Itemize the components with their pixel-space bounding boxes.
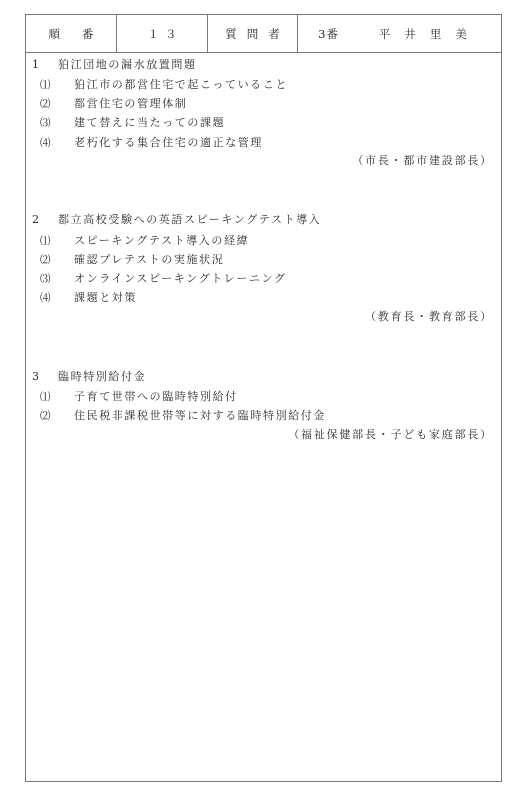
item-number: ⑴ bbox=[40, 390, 74, 404]
list-item: ⑵住民税非課税世帯等に対する臨時特別給付金 bbox=[40, 409, 326, 423]
section-title: 臨時特別給付金 bbox=[58, 370, 146, 383]
section-number: 3 bbox=[32, 370, 58, 384]
item-text: 都営住宅の管理体制 bbox=[74, 97, 187, 110]
section-title: 狛江団地の漏水放置問題 bbox=[58, 58, 197, 71]
section-number: 1 bbox=[32, 58, 58, 72]
item-text: 課題と対策 bbox=[74, 291, 137, 304]
item-text: 建て替えに当たっての課題 bbox=[74, 116, 225, 129]
item-number: ⑷ bbox=[40, 291, 74, 305]
list-item: ⑶建て替えに当たっての課題 bbox=[40, 116, 225, 130]
list-item: ⑵都営住宅の管理体制 bbox=[40, 97, 187, 111]
respondents: （市長・都市建設部長） bbox=[352, 154, 493, 168]
item-text: 老朽化する集合住宅の適正な管理 bbox=[74, 136, 263, 149]
order-value: １３ bbox=[117, 15, 208, 52]
order-label: 順番 bbox=[26, 15, 117, 52]
item-text: 狛江市の都営住宅で起こっていること bbox=[74, 78, 288, 91]
respondents: （教育長・教育部長） bbox=[365, 310, 493, 324]
item-text: オンラインスピーキングトレーニング bbox=[74, 272, 287, 285]
item-number: ⑴ bbox=[40, 234, 74, 248]
respondents: （福祉保健部長・子ども家庭部長） bbox=[288, 428, 493, 442]
list-item: ⑶オンラインスピーキングトレーニング bbox=[40, 272, 287, 286]
section-heading: 2都立高校受験への英語スピーキングテスト導入 bbox=[32, 213, 321, 227]
question-sheet: 順番 １３ 質問者 3番 平井里美 1狛江団地の漏水放置問題 ⑴狛江市の都営住宅… bbox=[25, 14, 502, 782]
list-item: ⑷老朽化する集合住宅の適正な管理 bbox=[40, 136, 263, 150]
list-item: ⑴子育て世帯への臨時特別給付 bbox=[40, 390, 238, 404]
questioner-cell: 3番 平井里美 bbox=[298, 15, 501, 52]
item-text: 子育て世帯への臨時特別給付 bbox=[74, 390, 238, 403]
list-item: ⑷課題と対策 bbox=[40, 291, 137, 305]
section-title: 都立高校受験への英語スピーキングテスト導入 bbox=[58, 213, 321, 226]
section-heading: 1狛江団地の漏水放置問題 bbox=[32, 58, 197, 72]
item-text: 住民税非課税世帯等に対する臨時特別給付金 bbox=[74, 409, 326, 422]
item-number: ⑴ bbox=[40, 78, 74, 92]
item-number: ⑵ bbox=[40, 97, 74, 111]
item-text: スピーキングテスト導入の経緯 bbox=[74, 234, 249, 247]
header-row: 順番 １３ 質問者 3番 平井里美 bbox=[26, 15, 501, 53]
section-number: 2 bbox=[32, 213, 58, 227]
list-item: ⑵確認プレテストの実施状況 bbox=[40, 253, 224, 267]
questioner-label: 質問者 bbox=[208, 15, 298, 52]
questioner-name: 平井里美 bbox=[365, 26, 481, 42]
list-item: ⑴スピーキングテスト導入の経緯 bbox=[40, 234, 249, 248]
list-item: ⑴狛江市の都営住宅で起こっていること bbox=[40, 78, 288, 92]
item-number: ⑶ bbox=[40, 272, 74, 286]
item-number: ⑵ bbox=[40, 253, 74, 267]
questioner-number: 3番 bbox=[318, 26, 339, 42]
section-heading: 3臨時特別給付金 bbox=[32, 370, 146, 384]
item-number: ⑵ bbox=[40, 409, 74, 423]
item-number: ⑷ bbox=[40, 136, 74, 150]
item-number: ⑶ bbox=[40, 116, 74, 130]
item-text: 確認プレテストの実施状況 bbox=[74, 253, 224, 266]
